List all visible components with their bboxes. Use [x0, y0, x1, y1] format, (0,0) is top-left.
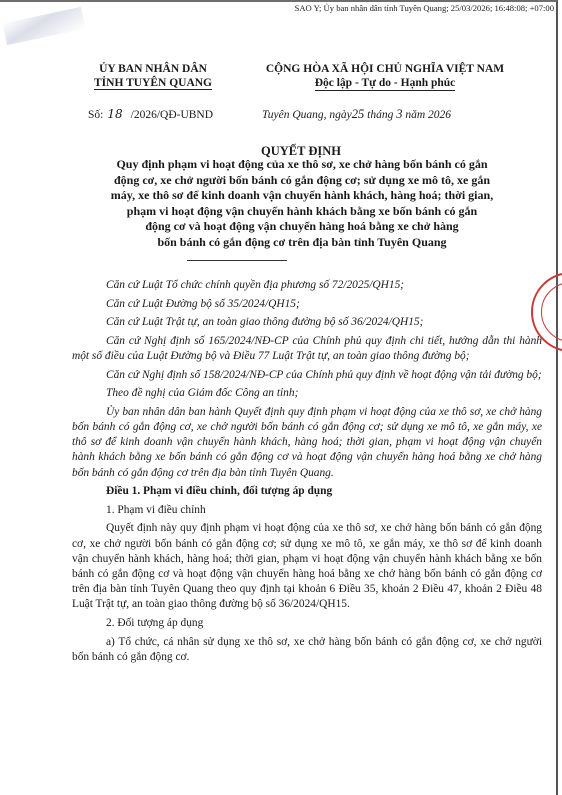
preamble: Căn cứ Luật Tổ chức chính quyền địa phươ… — [72, 278, 542, 668]
number-handwritten: 18 — [107, 107, 122, 121]
date-month-label: tháng — [367, 109, 393, 121]
subtitle-line: phạm vi hoạt động vận chuyển hành khách … — [72, 204, 532, 220]
subtitle-line: Quy định phạm vi hoạt động của xe thô sơ… — [72, 157, 532, 173]
stamp-issuer: Ủy ban nhân dân tỉnh Tuyên Quang; — [324, 3, 449, 13]
legal-basis-5: Căn cứ Nghị định số 158/2024/NĐ-CP của C… — [72, 368, 542, 383]
national-title: CỘNG HÒA XÃ HỘI CHỦ NGHĨA VIỆT NAM Độc l… — [240, 62, 530, 91]
authority-line-2: TỈNH TUYÊN QUANG — [94, 77, 212, 90]
date-month: 3 — [396, 107, 402, 121]
number-prefix: Số: — [88, 109, 103, 121]
legal-basis-3: Căn cứ Luật Trật tự, an toàn giao thông … — [72, 315, 542, 330]
document-date: Tuyên Quang, ngày25 tháng 3 năm 2026 — [262, 107, 451, 122]
article-1-heading: Điều 1. Phạm vi điều chỉnh, đối tượng áp… — [72, 484, 542, 499]
stamp-label: SAO Y; — [295, 3, 322, 13]
subtitle-line: bốn bánh có gắn động cơ trên địa bàn tỉn… — [72, 235, 532, 251]
subtitle-line: động cơ, xe chở người bốn bánh có gắn độ… — [72, 173, 532, 189]
issuing-authority: ỦY BAN NHÂN DÂN TỈNH TUYÊN QUANG — [88, 62, 218, 90]
subtitle-line: động cơ và hoạt động vận chuyển hàng hoá… — [72, 219, 532, 235]
digital-copy-stamp: SAO Y; Ủy ban nhân dân tỉnh Tuyên Quang;… — [295, 3, 554, 13]
authority-line-1: ỦY BAN NHÂN DÂN — [88, 62, 218, 76]
document-number: Số:18/2026/QĐ-UBND — [88, 107, 213, 121]
legal-basis-1: Căn cứ Luật Tổ chức chính quyền địa phươ… — [72, 278, 542, 293]
section-1-heading: 1. Phạm vi điều chỉnh — [72, 503, 542, 518]
section-1-text: Quyết định này quy định phạm vi hoạt độn… — [72, 521, 542, 612]
legal-basis-4: Căn cứ Nghị định số 165/2024/NĐ-CP của C… — [72, 334, 542, 364]
date-prefix: Tuyên Quang, ngày — [262, 109, 352, 121]
proposal-line: Theo đề nghị của Giám đốc Công an tỉnh; — [72, 386, 542, 401]
date-day: 25 — [352, 107, 365, 121]
promulgation-clause: Ủy ban nhân dân ban hành Quyết định quy … — [72, 405, 542, 481]
legal-basis-2: Căn cứ Luật Đường bộ số 35/2024/QH15; — [72, 297, 542, 312]
national-motto: Độc lập - Tự do - Hạnh phúc — [315, 77, 456, 91]
stamp-datetime: 25/03/2026; 16:48:08; +07:00 — [451, 3, 554, 13]
subtitle-underline — [187, 260, 287, 261]
section-2-heading: 2. Đối tượng áp dụng — [72, 616, 542, 631]
section-2-item-a: a) Tổ chức, cá nhân sử dụng xe thô sơ, x… — [72, 635, 542, 665]
number-suffix: /2026/QĐ-UBND — [131, 109, 213, 121]
national-title-line: CỘNG HÒA XÃ HỘI CHỦ NGHĨA VIỆT NAM — [240, 62, 530, 76]
document-subtitle: Quy định phạm vi hoạt động của xe thô sơ… — [72, 157, 532, 250]
date-year: năm 2026 — [405, 109, 451, 121]
subtitle-line: máy, xe thô sơ để kinh doanh vận chuyển … — [72, 188, 532, 204]
